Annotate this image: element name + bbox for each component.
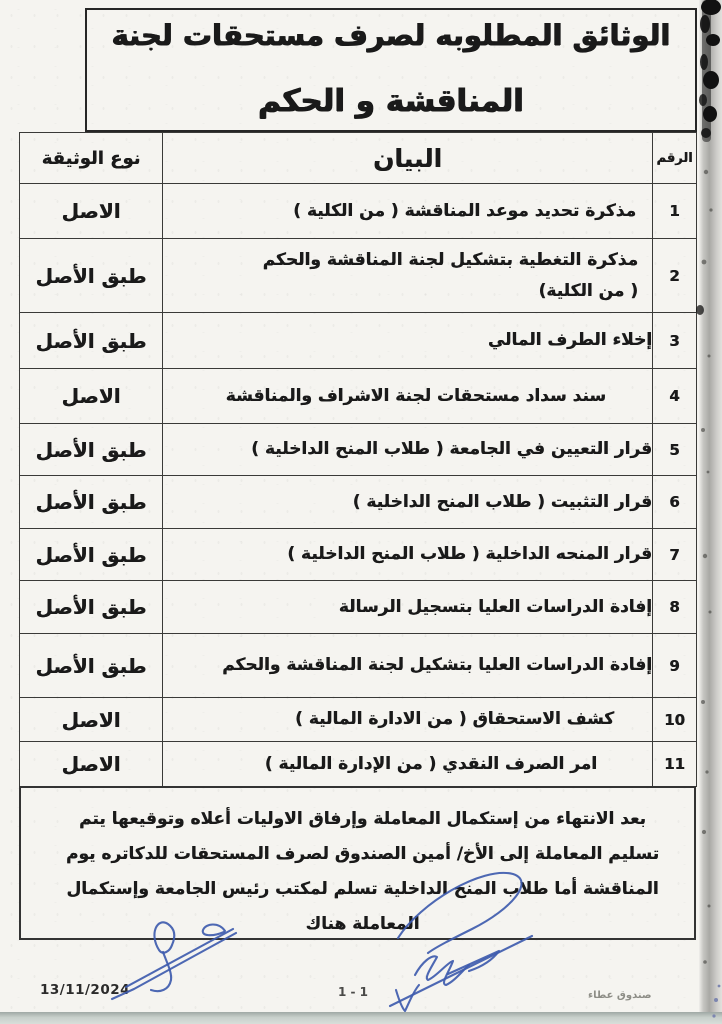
- row-number-cell: 6: [653, 476, 697, 529]
- note-box: بعد الانتهاء من إستكمال المعاملة وإرفاق …: [19, 786, 696, 940]
- row-type-cell: طبق الأصل: [20, 634, 163, 698]
- row-statement-cell: إفادة الدراسات العليا بتسجيل الرسالة: [163, 581, 653, 634]
- row-type-cell: الاصل: [20, 742, 163, 787]
- row-statement-cell: سند سداد مستحقات لجنة الاشراف والمناقشة: [163, 369, 653, 424]
- row-number-cell: 5: [653, 424, 697, 476]
- table-row: 8 إفادة الدراسات العليا بتسجيل الرسالة ط…: [20, 581, 697, 634]
- table-row: 10 كشف الاستحقاق ( من الادارة المالية ) …: [20, 698, 697, 742]
- scan-bottom-band: [0, 1012, 722, 1024]
- row-number-cell: 4: [653, 369, 697, 424]
- title-line-2: المناقشة و الحكم: [93, 84, 689, 118]
- table-header-row: الرقم البيان نوع الوثيقة: [20, 133, 697, 184]
- row-number-cell: 1: [653, 184, 697, 239]
- row-statement-cell: قرار التثبيت ( طلاب المنح الداخلية ): [163, 476, 653, 529]
- note-text: بعد الانتهاء من إستكمال المعاملة وإرفاق …: [55, 802, 670, 942]
- row-number-cell: 11: [653, 742, 697, 787]
- document-title-box: الوثائق المطلوبه لصرف مستحقات لجنة المنا…: [85, 8, 697, 132]
- row-type-cell: طبق الأصل: [20, 476, 163, 529]
- row-number-cell: 7: [653, 529, 697, 581]
- row-statement-cell: إفادة الدراسات العليا بتشكيل لجنة المناق…: [163, 634, 653, 698]
- footer-page-number: 1 - 1: [338, 985, 368, 999]
- table-row: 4 سند سداد مستحقات لجنة الاشراف والمناقش…: [20, 369, 697, 424]
- row-statement-cell: امر الصرف النقدي ( من الإدارة المالية ): [163, 742, 653, 787]
- header-statement: البيان: [163, 133, 653, 184]
- scan-edge-band: [699, 0, 722, 1012]
- row-number-cell: 8: [653, 581, 697, 634]
- footer-right-label: صندوق عطاء: [588, 990, 652, 1001]
- table-row: 9 إفادة الدراسات العليا بتشكيل لجنة المن…: [20, 634, 697, 698]
- row-type-cell: طبق الأصل: [20, 581, 163, 634]
- row-number-cell: 10: [653, 698, 697, 742]
- table-row: 3 إخلاء الطرف المالي طبق الأصل: [20, 313, 697, 369]
- header-number: الرقم: [653, 133, 697, 184]
- table-row: 7 قرار المنحه الداخلية ( طلاب المنح الدا…: [20, 529, 697, 581]
- table-row: 6 قرار التثبيت ( طلاب المنح الداخلية ) ط…: [20, 476, 697, 529]
- row-statement-cell: قرار المنحه الداخلية ( طلاب المنح الداخل…: [163, 529, 653, 581]
- table-row: 2 مذكرة التغطية بتشكيل لجنة المناقشة وال…: [20, 239, 697, 313]
- row-number-cell: 2: [653, 239, 697, 313]
- row-type-cell: الاصل: [20, 184, 163, 239]
- scanned-document-page: الوثائق المطلوبه لصرف مستحقات لجنة المنا…: [0, 0, 722, 1024]
- row-type-cell: الاصل: [20, 369, 163, 424]
- row-statement-cell: إخلاء الطرف المالي: [163, 313, 653, 369]
- table-row: 11 امر الصرف النقدي ( من الإدارة المالية…: [20, 742, 697, 787]
- row-statement-cell: مذكرة تحديد موعد المناقشة ( من الكلية ): [163, 184, 653, 239]
- footer-date: 13/11/2024: [40, 982, 130, 998]
- title-line-1: الوثائق المطلوبه لصرف مستحقات لجنة: [93, 20, 689, 52]
- row-number-cell: 3: [653, 313, 697, 369]
- row-type-cell: طبق الأصل: [20, 313, 163, 369]
- row-statement-cell: قرار التعيين في الجامعة ( طلاب المنح الد…: [163, 424, 653, 476]
- table-row: 1 مذكرة تحديد موعد المناقشة ( من الكلية …: [20, 184, 697, 239]
- row-type-cell: طبق الأصل: [20, 529, 163, 581]
- row-type-cell: طبق الأصل: [20, 239, 163, 313]
- row-type-cell: الاصل: [20, 698, 163, 742]
- header-type: نوع الوثيقة: [20, 133, 163, 184]
- row-type-cell: طبق الأصل: [20, 424, 163, 476]
- row-number-cell: 9: [653, 634, 697, 698]
- table-row: 5 قرار التعيين في الجامعة ( طلاب المنح ا…: [20, 424, 697, 476]
- row-statement-cell: مذكرة التغطية بتشكيل لجنة المناقشة والحك…: [163, 239, 653, 313]
- row-statement-cell: كشف الاستحقاق ( من الادارة المالية ): [163, 698, 653, 742]
- required-documents-table: الرقم البيان نوع الوثيقة 1 مذكرة تحديد م…: [19, 132, 697, 787]
